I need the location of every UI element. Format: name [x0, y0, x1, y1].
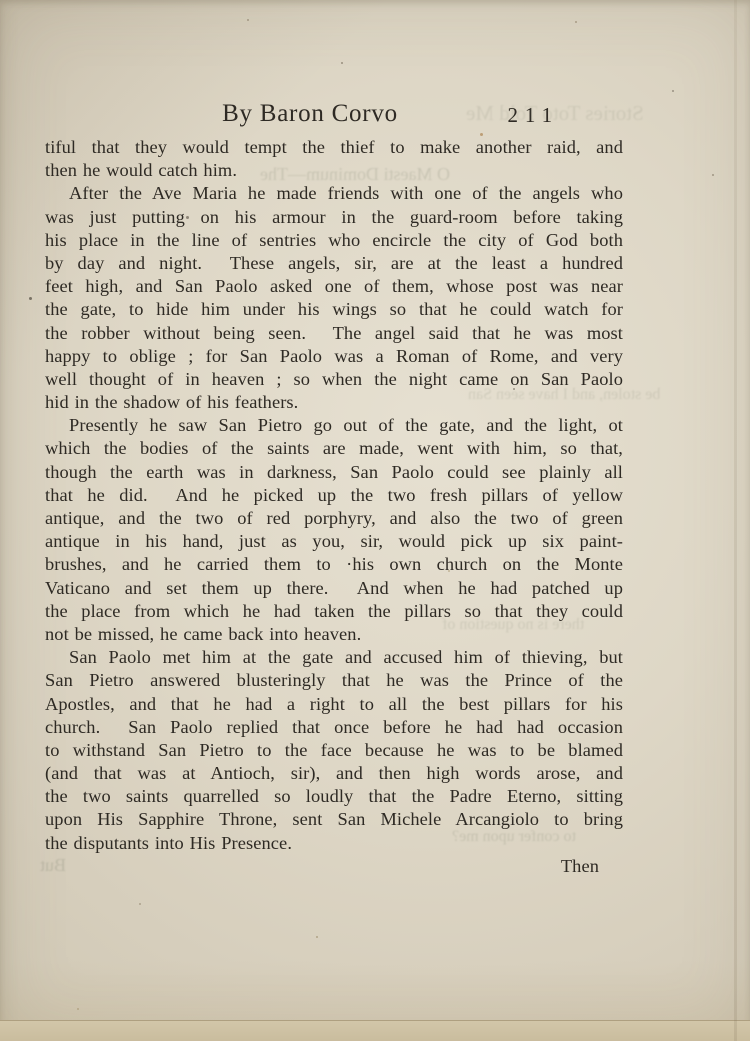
text-line: which the bodies of the saints are made,…	[45, 437, 623, 460]
text-line: happy to oblige ; for San Paolo was a Ro…	[45, 345, 623, 368]
foxing-speck	[712, 174, 714, 176]
text-line: church. San Paolo replied that once befo…	[45, 716, 623, 739]
text-line: the two saints quarrelled so loudly that…	[45, 785, 623, 808]
text-line: feet high, and San Paolo asked one of th…	[45, 275, 623, 298]
catchword: Then	[45, 855, 623, 878]
text-line: the place from which he had taken the pi…	[45, 600, 623, 623]
text-line: was just putting on his armour in the gu…	[45, 206, 623, 229]
text-line: well thought of in heaven ; so when the …	[45, 368, 623, 391]
foxing-speck	[480, 133, 483, 136]
text-line: though the earth was in darkness, San Pa…	[45, 461, 623, 484]
page-edge-crease	[734, 0, 737, 1041]
text-line: Apostles, and that he had a right to all…	[45, 693, 623, 716]
text-line: After the Ave Maria he made friends with…	[45, 182, 623, 205]
text-line: to withstand San Pietro to the face beca…	[45, 739, 623, 762]
text-line: by day and night. These angels, sir, are…	[45, 252, 623, 275]
text-line: then he would catch him.	[45, 159, 623, 182]
text-line: upon His Sapphire Throne, sent San Miche…	[45, 808, 623, 831]
book-page: By Baron Corvo 211 Stories Toto Told Me …	[0, 0, 750, 1041]
foxing-speck	[513, 388, 515, 390]
text-line: San Paolo met him at the gate and accuse…	[45, 646, 623, 669]
text-line: that he did. And he picked up the two fr…	[45, 484, 623, 507]
foxing-speck	[672, 90, 674, 92]
text-block: tiful that they would tempt the thief to…	[45, 136, 623, 878]
text-line: brushes, and he carried them to ·his own…	[45, 553, 623, 576]
foxing-speck	[186, 216, 189, 219]
text-line: San Pietro answered blusteringly that he…	[45, 669, 623, 692]
foxing-speck	[247, 19, 249, 21]
text-line: not be missed, he came back into heaven.	[45, 623, 623, 646]
text-line: antique in his hand, just as you, sir, w…	[45, 530, 623, 553]
foxing-speck	[448, 570, 450, 572]
foxing-speck	[139, 903, 141, 905]
foxing-speck	[29, 297, 32, 300]
text-line: hid in the shadow of his feathers.	[45, 391, 623, 414]
text-line: the robber without being seen. The angel…	[45, 322, 623, 345]
text-line: tiful that they would tempt the thief to…	[45, 136, 623, 159]
page-bottom-shading	[0, 960, 750, 1020]
page-title: By Baron Corvo	[222, 100, 398, 128]
text-line: the gate, to hide him under his wings so…	[45, 298, 623, 321]
text-line: (and that was at Antioch, sir), and then…	[45, 762, 623, 785]
ghost-text-running-head: Stories Toto Told Me	[466, 101, 644, 126]
foxing-speck	[575, 21, 577, 23]
text-line: antique, and the two of red porphyry, an…	[45, 507, 623, 530]
foxing-speck	[341, 62, 343, 64]
text-line: his place in the line of sentries who en…	[45, 229, 623, 252]
text-line: Vaticano and set them up there. And when…	[45, 577, 623, 600]
page-edge-strip	[0, 1020, 750, 1041]
foxing-speck	[316, 936, 318, 938]
text-line: the disputants into His Presence.	[45, 832, 623, 855]
text-line: Presently he saw San Pietro go out of th…	[45, 414, 623, 437]
